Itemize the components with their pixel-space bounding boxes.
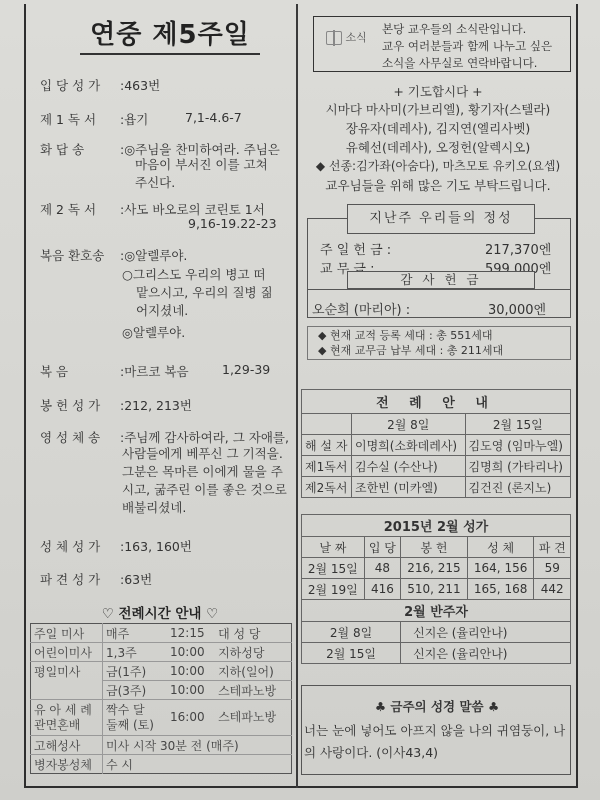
liturgy-row: 제2독서 조한빈 (미카엘) 김건진 (론지노)	[302, 477, 571, 498]
order-recessional-hymn: 파 견 성 가 :63번	[40, 570, 120, 588]
order-gospel: 복 음 :마르코 복음 1,29-39	[40, 362, 120, 380]
liturgy-person: 김건진 (론지노)	[465, 477, 570, 498]
liturgy-role: 해 설 자	[302, 435, 352, 456]
hymn-header: 입 당	[364, 537, 401, 558]
schedule-row: 병자봉성체 수 시	[31, 755, 292, 774]
offering-title: 지난주 우리들의 정성	[347, 204, 535, 234]
liturgy-person: 김명희 (가타리나)	[465, 456, 570, 477]
hymn-cell: 2월 15일	[302, 558, 365, 579]
hymn-table: 2015년 2월 성가 날 짜 입 당 봉 헌 성 체 파 견 2월 15일 4…	[301, 514, 571, 664]
schedule-cell: 금(3주)	[103, 681, 168, 700]
order-second-reading: 제 2 독 서 :사도 바오로의 코린토 1서	[40, 200, 120, 218]
schedule-row: 주일 미사 매주 12:15 대 성 당	[31, 624, 292, 643]
news-logo-text: 소식	[346, 31, 367, 44]
schedule-cell: 스테파노방	[215, 681, 291, 700]
schedule-cell: 매주	[103, 624, 168, 643]
accompanist-date: 2월 8일	[302, 622, 401, 643]
schedule-row: 금(3주) 10:00 스테파노방	[31, 681, 292, 700]
order-value: :마르코 복음	[120, 362, 189, 380]
psalm-line: 마음이 부서진 이를 고쳐	[135, 156, 268, 174]
schedule-cell: 고해성사	[31, 736, 103, 755]
psalm-line: 주신다.	[135, 174, 268, 192]
bulletin-page: 연중 제5주일 입 당 성 가 :463번 제 1 독 서 :욥기 7,1-4.…	[0, 0, 600, 800]
order-label: 복음 환호송	[40, 246, 120, 264]
order-value: :주님께 감사하여라, 그 자애를,	[120, 428, 289, 446]
schedule-cell: 1,3주	[103, 643, 168, 662]
mass-schedule-table: 주일 미사 매주 12:15 대 성 당 어린이미사 1,3주 10:00 지하…	[30, 623, 292, 774]
schedule-cell: 지하(일어)	[215, 662, 291, 681]
schedule-cell: 12:15	[167, 624, 215, 643]
alleluia-line: ◎알렐루야.	[122, 324, 290, 342]
hymn-cell: 416	[364, 579, 401, 600]
order-communion-hymn: 성 체 성 가 :163, 160번	[40, 537, 120, 555]
order-label: 영 성 체 송	[40, 428, 120, 446]
prayer-line: 시마다 마사미(가브리엘), 황기자(스텔라)	[300, 100, 576, 119]
communion-line: 배불리셨네.	[122, 499, 287, 517]
liturgy-header-row: 2월 8일 2월 15일	[302, 414, 571, 435]
liturgy-date: 2월 15일	[465, 414, 570, 435]
hymn-header: 봉 헌	[401, 537, 468, 558]
schedule-cell: 어린이미사	[31, 643, 103, 662]
hymn-header: 날 짜	[302, 537, 365, 558]
hymn-cell: 48	[364, 558, 401, 579]
hymn-title: 2015년 2월 성가	[302, 515, 571, 537]
liturgy-row: 제1독서 김수실 (수산나) 김명희 (가타리나)	[302, 456, 571, 477]
order-ref: 1,29-39	[222, 362, 270, 377]
schedule-cell	[31, 681, 103, 700]
order-value: :욥기	[120, 110, 148, 128]
prayer-line: 교우님들을 위해 많은 기도 부탁드립니다.	[300, 176, 576, 195]
alleluia-verse: ○그리스도 우리의 병고 떠 맡으시고, 우리의 질병 짊 어지셨네. ◎알렐루…	[122, 266, 290, 342]
hymn-header: 성 체	[467, 537, 534, 558]
stats-line: ◆ 현재 교무금 납부 세대 : 총 211세대	[318, 343, 570, 358]
liturgy-table: 전 례 안 내 2월 8일 2월 15일 해 설 자 이명희(소화데레사) 김도…	[301, 389, 571, 498]
hymn-cell: 59	[534, 558, 571, 579]
order-value: :163, 160번	[120, 537, 192, 555]
schedule-cell: 평일미사	[31, 662, 103, 681]
schedule-cell: 16:00	[167, 700, 215, 736]
scripture-title: ♣ 금주의 성경 말씀 ♣	[302, 697, 572, 715]
schedule-cell: 10:00	[167, 662, 215, 681]
liturgy-corner	[302, 414, 352, 435]
hymn-header: 파 견	[534, 537, 571, 558]
news-text: 본당 교우들의 소식란입니다. 교우 여러분들과 함께 나누고 싶은 소식을 사…	[382, 21, 552, 72]
order-communion-antiphon: 영 성 체 송 :주님께 감사하여라, 그 자애를,	[40, 428, 120, 446]
news-line: 본당 교우들의 소식란입니다.	[382, 21, 552, 38]
order-label: 파 견 성 가	[40, 570, 120, 588]
schedule-row: 고해성사 미사 시작 30분 전 (매주)	[31, 736, 292, 755]
news-line: 교우 여러분들과 함께 나누고 싶은	[382, 38, 552, 55]
schedule-row: 유 아 세 례 관면혼배 짝수 달 둘째 (토) 16:00 스테파노방	[31, 700, 292, 736]
order-value: :63번	[120, 570, 152, 588]
hymn-header-row: 날 짜 입 당 봉 헌 성 체 파 견	[302, 537, 571, 558]
liturgy-role: 제2독서	[302, 477, 352, 498]
hymn-cell: 510, 211	[401, 579, 468, 600]
schedule-row: 평일미사 금(1주) 10:00 지하(일어)	[31, 662, 292, 681]
accompanist-name: 신지은 (율리안나)	[401, 622, 571, 643]
schedule-cell: 10:00	[167, 681, 215, 700]
liturgy-role: 제1독서	[302, 456, 352, 477]
order-label: 제 2 독 서	[40, 200, 120, 218]
communion-line: 그분은 목마른 이에게 물을 주	[122, 463, 287, 481]
order-first-reading: 제 1 독 서 :욥기 7,1-4.6-7	[40, 110, 120, 128]
scripture-text: 너는 눈에 넣어도 아프지 않을 나의 귀염둥이, 나의 사랑이다. (이사43…	[304, 720, 570, 764]
order-value: :◎알렐루야.	[120, 246, 187, 264]
hymn-row: 2월 19일 416 510, 211 165, 168 442	[302, 579, 571, 600]
communion-continuation: 사람들에게 베푸신 그 기적을. 그분은 목마른 이에게 물을 주 시고, 굶주…	[122, 445, 287, 517]
news-box: 소식 본당 교우들의 소식란입니다. 교우 여러분들과 함께 나누고 싶은 소식…	[313, 16, 571, 72]
order-psalm: 화 답 송 :◎주님을 찬미하여라. 주님은	[40, 140, 120, 158]
schedule-cell: 스테파노방	[215, 700, 291, 736]
hymn-cell: 2월 19일	[302, 579, 365, 600]
order-label: 입 당 성 가	[40, 76, 120, 94]
order-label: 화 답 송	[40, 140, 120, 158]
order-label: 봉 헌 성 가	[40, 396, 120, 414]
schedule-cell: 짝수 달 둘째 (토)	[103, 700, 168, 736]
offering-value: 217,370엔	[485, 239, 551, 258]
schedule-row: 어린이미사 1,3주 10:00 지하성당	[31, 643, 292, 662]
alleluia-line: ○그리스도 우리의 병고 떠	[122, 266, 290, 284]
news-logo: 소식	[326, 29, 367, 45]
stats-line: ◆ 현재 교적 등록 세대 : 총 551세대	[318, 328, 570, 343]
schedule-cell: 10:00	[167, 643, 215, 662]
liturgy-row: 해 설 자 이명희(소화데레사) 김도영 (임마누엘)	[302, 435, 571, 456]
order-offertory-hymn: 봉 헌 성 가 :212, 213번	[40, 396, 120, 414]
offering-label: 주 일 헌 금 :	[320, 239, 470, 258]
schedule-cell: 금(1주)	[103, 662, 168, 681]
order-alleluia: 복음 환호송 :◎알렐루야.	[40, 246, 120, 264]
alleluia-line: 어지셨네.	[122, 302, 290, 320]
schedule-cell: 주일 미사	[31, 624, 103, 643]
accompanist-title: 2월 반주자	[302, 600, 571, 622]
order-entrance-hymn: 입 당 성 가 :463번	[40, 76, 120, 94]
schedule-cell: 수 시	[103, 755, 292, 774]
order-value: :212, 213번	[120, 396, 192, 414]
liturgy-person: 조한빈 (미카엘)	[352, 477, 466, 498]
schedule-cell: 유 아 세 례 관면혼배	[31, 700, 103, 736]
accompanist-date: 2월 15일	[302, 643, 401, 664]
second-reading-ref: 9,16-19.22-23	[188, 215, 277, 233]
schedule-cell: 대 성 당	[215, 624, 291, 643]
communion-line: 시고, 굶주린 이를 좋은 것으로	[122, 481, 287, 499]
order-label: 제 1 독 서	[40, 110, 120, 128]
hymn-cell: 164, 156	[467, 558, 534, 579]
hymn-cell: 216, 215	[401, 558, 468, 579]
prayer-line: ◆ 선종:김가좌(아숨다), 마츠모토 유키오(요셉)	[300, 157, 576, 176]
schedule-title: ♡ 전례시간 안내 ♡	[30, 602, 290, 622]
thanks-offering-title: 감 사 헌 금	[347, 271, 535, 289]
schedule-cell: 병자봉성체	[31, 755, 103, 774]
page-title: 연중 제5주일	[80, 14, 260, 55]
thanks-offering-box	[307, 290, 571, 318]
liturgy-person: 김수실 (수산나)	[352, 456, 466, 477]
prayer-line: 장유자(데레사), 김지연(엘리사벳)	[300, 119, 576, 138]
accompanist-row: 2월 15일 신지은 (율리안나)	[302, 643, 571, 664]
order-label: 복 음	[40, 362, 120, 380]
hymn-row: 2월 15일 48 216, 215 164, 156 59	[302, 558, 571, 579]
scripture-box: ♣ 금주의 성경 말씀 ♣ 너는 눈에 넣어도 아프지 않을 나의 귀염둥이, …	[301, 685, 571, 775]
prayer-list: 시마다 마사미(가브리엘), 황기자(스텔라) 장유자(데레사), 김지연(엘리…	[300, 100, 576, 195]
offering-row: 주 일 헌 금 : 217,370엔	[320, 239, 470, 258]
psalm-continuation: 마음이 부서진 이를 고쳐 주신다.	[135, 156, 268, 192]
parish-stats: ◆ 현재 교적 등록 세대 : 총 551세대 ◆ 현재 교무금 납부 세대 :…	[307, 326, 571, 360]
liturgy-title: 전 례 안 내	[302, 390, 571, 414]
prayer-title: + 기도합시다 +	[300, 82, 576, 100]
schedule-cell: 지하성당	[215, 643, 291, 662]
column-divider	[296, 4, 298, 788]
order-ref: 7,1-4.6-7	[185, 110, 242, 125]
alleluia-line: 맡으시고, 우리의 질병 짊	[122, 284, 290, 302]
accompanist-name: 신지은 (율리안나)	[401, 643, 571, 664]
accompanist-row: 2월 8일 신지은 (율리안나)	[302, 622, 571, 643]
news-icon	[326, 31, 342, 45]
liturgy-date: 2월 8일	[352, 414, 466, 435]
liturgy-person: 이명희(소화데레사)	[352, 435, 466, 456]
order-label: 성 체 성 가	[40, 537, 120, 555]
schedule-cell: 미사 시작 30분 전 (매주)	[103, 736, 292, 755]
order-value: :463번	[120, 76, 160, 94]
hymn-cell: 165, 168	[467, 579, 534, 600]
liturgy-person: 김도영 (임마누엘)	[465, 435, 570, 456]
news-line: 소식을 사무실로 연락바랍니다.	[382, 55, 552, 72]
communion-line: 사람들에게 베푸신 그 기적을.	[122, 445, 287, 463]
prayer-line: 유혜선(데레사), 오정헌(알렉시오)	[300, 138, 576, 157]
hymn-cell: 442	[534, 579, 571, 600]
